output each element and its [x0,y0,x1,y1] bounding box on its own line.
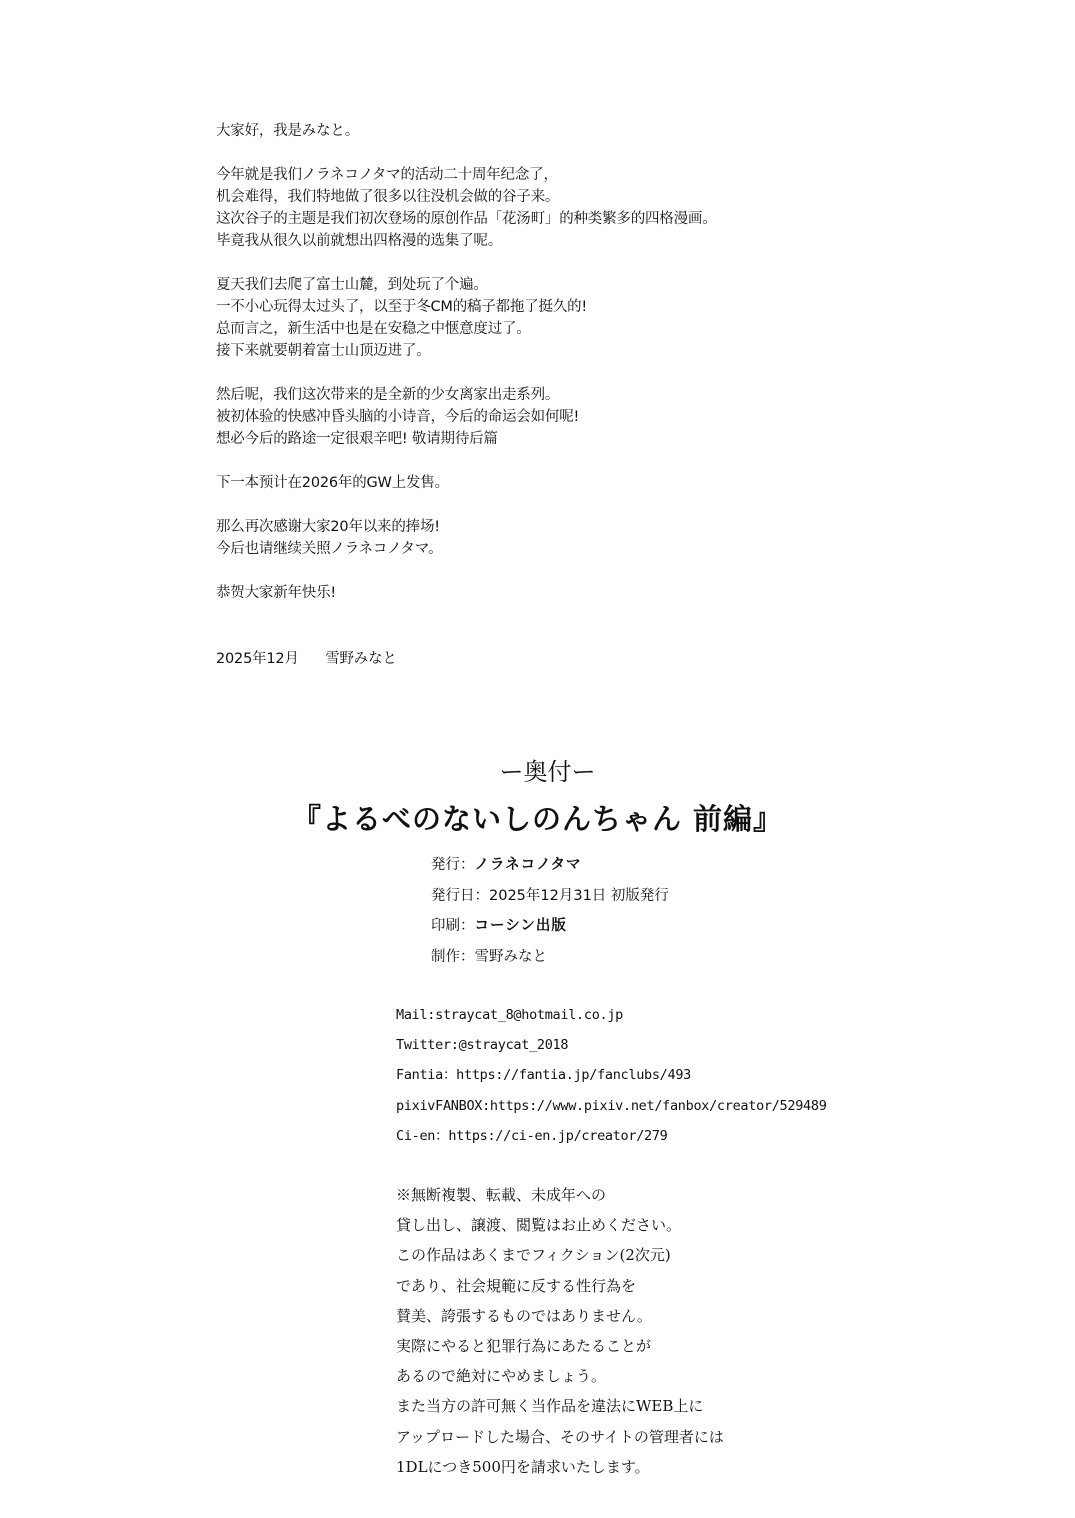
contact-fanbox: pixivFANBOX:https://www.pixiv.net/fanbox… [396,1091,827,1121]
legal-notice: ※無断複製、転載、未成年への 貸し出し、譲渡、閲覧はお止めください。 この作品は… [396,1180,724,1482]
info-value: 雪野みなと [475,949,548,965]
info-label: 発行： [431,857,475,873]
afterword-paragraph: 大家好，我是みなと。 [216,120,856,142]
info-producer: 制作：雪野みなと [431,942,669,973]
notice-line: 貸し出し、譲渡、閲覧はお止めください。 [396,1210,724,1240]
colophon-title: 『よるべのないしのんちゃん 前編』 [0,800,1075,838]
info-label: 発行日： [431,888,489,904]
text-line: 这次谷子的主题是我们初次登场的原创作品「花汤町」的种类繁多的四格漫画。 [216,208,856,230]
info-value: コーシン出版 [475,918,567,934]
afterword: 大家好，我是みなと。 今年就是我们ノラネコノタマ的活动二十周年纪念了， 机会难得… [216,120,856,670]
notice-line: この作品はあくまでフィクション(2次元) [396,1240,724,1270]
signature-author: 雪野みなと [325,651,397,667]
text-line: 大家好，我是みなと。 [216,120,856,142]
info-publish-date: 発行日：2025年12月31日 初版発行 [431,881,669,912]
notice-line: また当方の許可無く当作品を違法にWEB上に [396,1391,724,1421]
text-line: 毕竟我从很久以前就想出四格漫的选集了呢。 [216,230,856,252]
text-line: 今后也请继续关照ノラネコノタマ。 [216,538,856,560]
text-line: 今年就是我们ノラネコノタマ的活动二十周年纪念了， [216,164,856,186]
notice-line: アップロードした場合、そのサイトの管理者には [396,1422,724,1452]
afterword-paragraph: 那么再次感谢大家20年以来的捧场! 今后也请继续关照ノラネコノタマ。 [216,516,856,560]
text-line: 夏天我们去爬了富士山麓，到处玩了个遍。 [216,274,856,296]
text-line: 想必今后的路途一定很艰辛吧! 敬请期待后篇 [216,428,856,450]
text-line: 那么再次感谢大家20年以来的捧场! [216,516,856,538]
colophon-heading: ー奥付ー [0,756,1075,788]
text-line: 一不小心玩得太过头了，以至于冬CM的稿子都拖了挺久的! [216,296,856,318]
info-printer: 印刷：コーシン出版 [431,911,669,942]
notice-line: あるので絶対にやめましょう。 [396,1361,724,1391]
contact-cien: Ci-en：https://ci-en.jp/creator/279 [396,1121,827,1151]
afterword-paragraph: 然后呢，我们这次带来的是全新的少女离家出走系列。 被初体验的快感冲昏头脑的小诗音… [216,384,856,450]
colophon-info: 発行：ノラネコノタマ 発行日：2025年12月31日 初版発行 印刷：コーシン出… [431,850,669,972]
notice-line: であり、社会規範に反する性行為を [396,1271,724,1301]
text-line: 下一本预计在2026年的GW上发售。 [216,472,856,494]
info-label: 制作： [431,949,475,965]
notice-line: 1DLにつき500円を請求いたします。 [396,1452,724,1482]
signature: 2025年12月 雪野みなと [216,648,856,670]
contact-twitter: Twitter:@straycat_2018 [396,1030,827,1060]
notice-line: 実際にやると犯罪行為にあたることが [396,1331,724,1361]
text-line: 被初体验的快感冲昏头脑的小诗音，今后的命运会如何呢! [216,406,856,428]
text-line: 然后呢，我们这次带来的是全新的少女离家出走系列。 [216,384,856,406]
text-line: 恭贺大家新年快乐! [216,582,856,604]
contact-mail: Mail:straycat_8@hotmail.co.jp [396,1000,827,1030]
info-publisher: 発行：ノラネコノタマ [431,850,669,881]
signature-date: 2025年12月 [216,648,299,670]
info-value: 2025年12月31日 初版発行 [489,888,669,904]
notice-line: ※無断複製、転載、未成年への [396,1180,724,1210]
notice-line: 賛美、誇張するものではありません。 [396,1301,724,1331]
afterword-paragraph: 夏天我们去爬了富士山麓，到处玩了个遍。 一不小心玩得太过头了，以至于冬CM的稿子… [216,274,856,362]
afterword-paragraph: 下一本预计在2026年的GW上发售。 [216,472,856,494]
contact-fantia: Fantia：https://fantia.jp/fanclubs/493 [396,1060,827,1090]
info-label: 印刷： [431,918,475,934]
document-page: 大家好，我是みなと。 今年就是我们ノラネコノタマ的活动二十周年纪念了， 机会难得… [0,0,1075,1518]
afterword-paragraph: 恭贺大家新年快乐! [216,582,856,604]
text-line: 机会难得，我们特地做了很多以往没机会做的谷子来。 [216,186,856,208]
text-line: 接下来就要朝着富士山顶迈进了。 [216,340,856,362]
afterword-paragraph: 今年就是我们ノラネコノタマ的活动二十周年纪念了， 机会难得，我们特地做了很多以往… [216,164,856,252]
contact-list: Mail:straycat_8@hotmail.co.jp Twitter:@s… [396,1000,827,1151]
info-value: ノラネコノタマ [475,857,582,873]
text-line: 总而言之，新生活中也是在安稳之中惬意度过了。 [216,318,856,340]
